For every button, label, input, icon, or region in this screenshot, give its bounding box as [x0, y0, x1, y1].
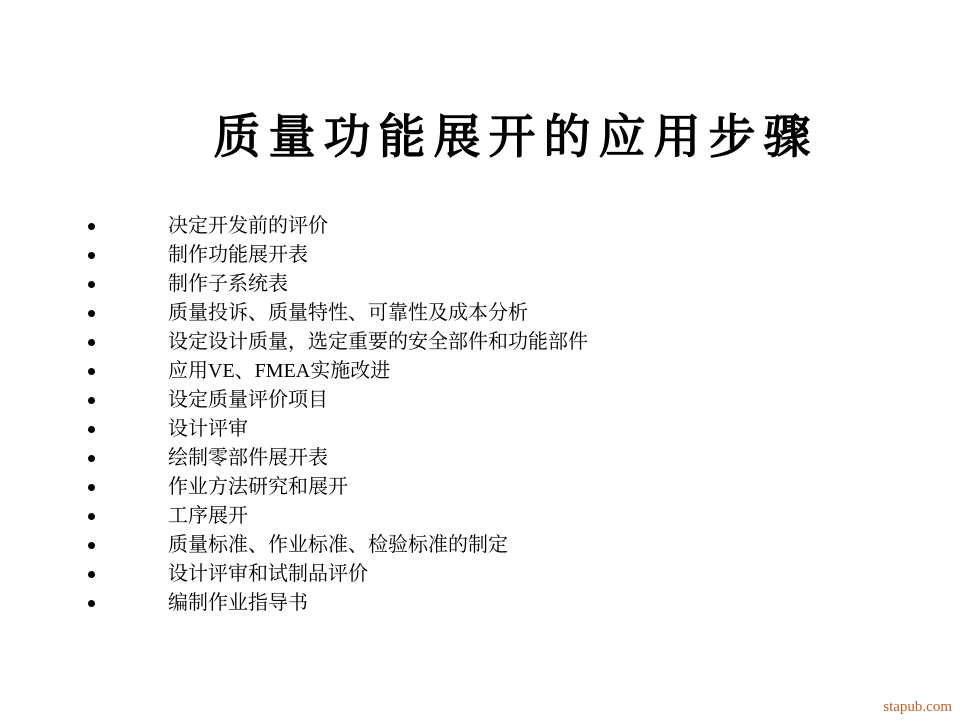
list-item: 编制作业指导书 [88, 589, 588, 618]
list-item: 绘制零部件展开表 [88, 444, 588, 473]
list-item-text: 作业方法研究和展开 [168, 476, 348, 498]
list-item-text: 应用VE、FMEA实施改进 [168, 360, 390, 382]
bullet-icon [88, 397, 95, 404]
list-item-text: 设计评审 [168, 418, 248, 440]
watermark: stapub.com [883, 699, 952, 716]
list-item: 工序展开 [88, 502, 588, 531]
list-item: 制作功能展开表 [88, 241, 588, 270]
bullet-icon [88, 484, 95, 491]
list-item: 设计评审 [88, 415, 588, 444]
bullet-icon [88, 339, 95, 346]
bullet-icon [88, 368, 95, 375]
list-item: 作业方法研究和展开 [88, 473, 588, 502]
slide: 质量功能展开的应用步骤 决定开发前的评价 制作功能展开表 制作子系统表 质量投诉… [0, 0, 960, 720]
list-item: 质量标准、作业标准、检验标准的制定 [88, 531, 588, 560]
list-item-text: 制作子系统表 [168, 273, 288, 295]
list-item: 应用VE、FMEA实施改进 [88, 357, 588, 386]
list-item-text: 设定质量评价项目 [168, 389, 328, 411]
list-item-text: 质量标准、作业标准、检验标准的制定 [168, 534, 508, 556]
list-item-text: 工序展开 [168, 505, 248, 527]
bullet-icon [88, 310, 95, 317]
list-item: 设定质量评价项目 [88, 386, 588, 415]
list-item: 决定开发前的评价 [88, 212, 588, 241]
bullet-list: 决定开发前的评价 制作功能展开表 制作子系统表 质量投诉、质量特性、可靠性及成本… [88, 212, 588, 618]
bullet-icon [88, 455, 95, 462]
bullet-icon [88, 571, 95, 578]
list-item: 质量投诉、质量特性、可靠性及成本分析 [88, 299, 588, 328]
list-item: 设定设计质量，选定重要的安全部件和功能部件 [88, 328, 588, 357]
list-item-text: 质量投诉、质量特性、可靠性及成本分析 [168, 302, 528, 324]
list-item-text: 绘制零部件展开表 [168, 447, 328, 469]
list-item-text: 制作功能展开表 [168, 244, 308, 266]
page-title: 质量功能展开的应用步骤 [0, 100, 960, 167]
bullet-icon [88, 426, 95, 433]
bullet-icon [88, 542, 95, 549]
bullet-icon [88, 223, 95, 230]
list-item-text: 决定开发前的评价 [168, 215, 328, 237]
bullet-icon [88, 252, 95, 259]
list-item-text: 设定设计质量，选定重要的安全部件和功能部件 [168, 331, 588, 353]
bullet-icon [88, 281, 95, 288]
bullet-icon [88, 513, 95, 520]
bullet-icon [88, 600, 95, 607]
list-item-text: 设计评审和试制品评价 [168, 563, 368, 585]
list-item-text: 编制作业指导书 [168, 592, 308, 614]
list-item: 制作子系统表 [88, 270, 588, 299]
list-item: 设计评审和试制品评价 [88, 560, 588, 589]
